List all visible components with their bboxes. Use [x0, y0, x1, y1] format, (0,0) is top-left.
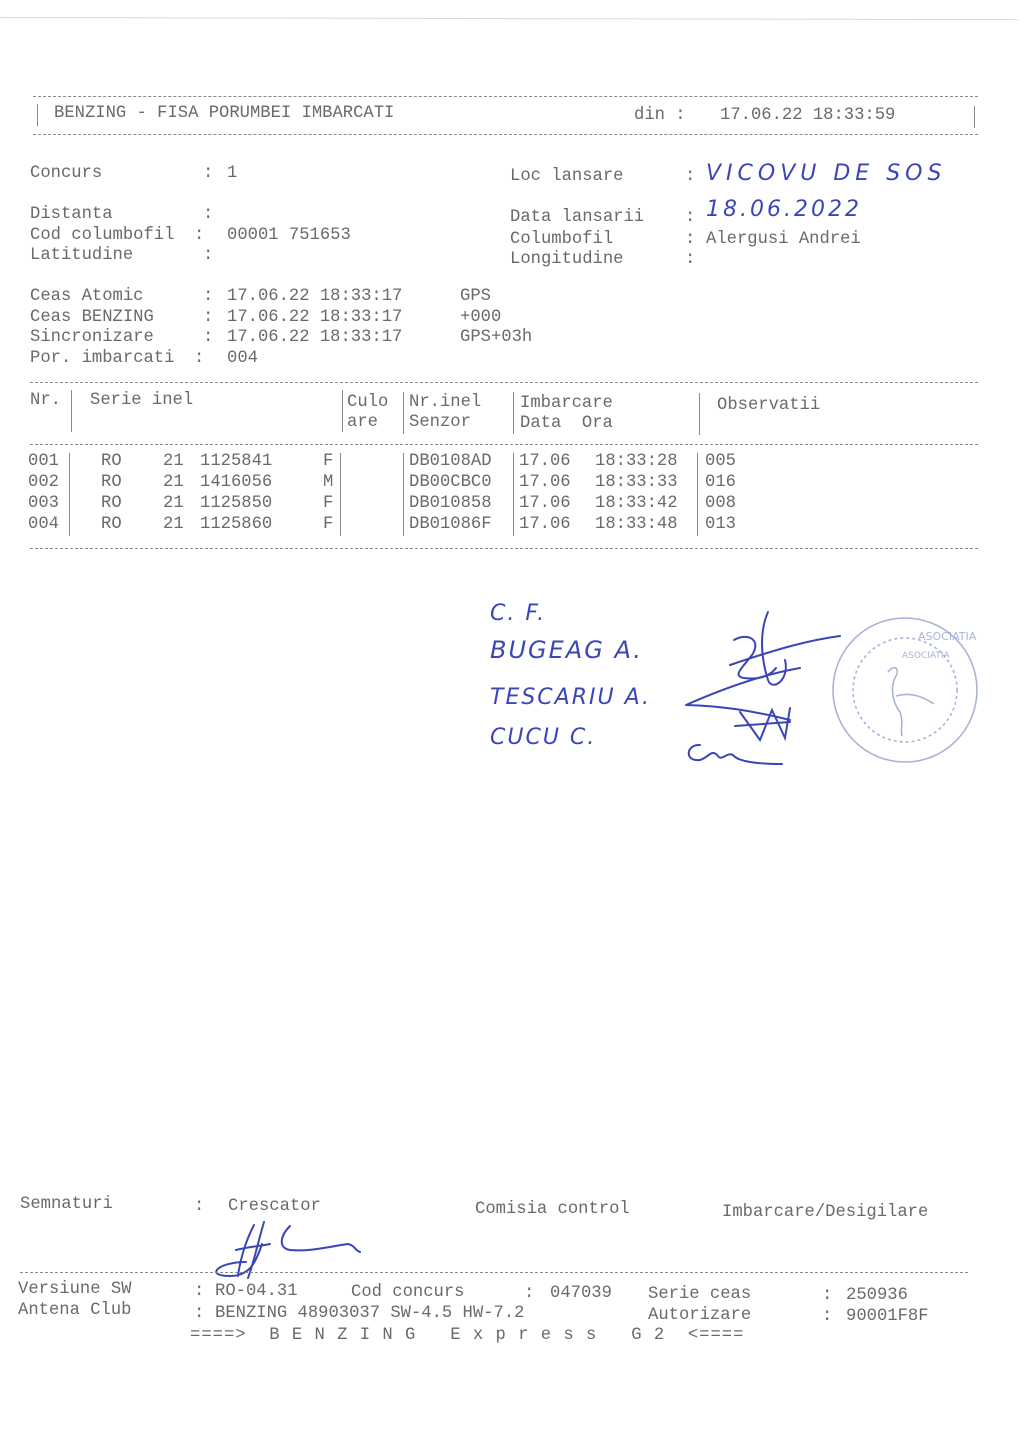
versiune-colon: : — [194, 1282, 204, 1303]
antena-value: BENZING 48903037 SW-4.5 HW-7.2 — [215, 1304, 524, 1325]
cod-concurs-label: Cod concurs — [351, 1283, 464, 1304]
antena-colon: : — [194, 1304, 204, 1325]
cod-concurs-value: 047039 — [550, 1284, 612, 1305]
footer-divider — [20, 1272, 968, 1273]
versiune-value: RO-04.31 — [215, 1282, 298, 1303]
autorizare-value: 90001F8F — [846, 1307, 929, 1328]
serie-ceas-colon: : — [822, 1286, 832, 1307]
benzing-express-banner: ====> B E N Z I N G E x p r e s s G 2 <=… — [190, 1326, 744, 1347]
cod-concurs-colon: : — [524, 1284, 534, 1305]
autorizare-label: Autorizare — [648, 1306, 751, 1327]
crescator-signature — [0, 0, 1024, 1448]
serie-ceas-value: 250936 — [846, 1286, 908, 1307]
antena-label: Antena Club — [18, 1301, 131, 1322]
serie-ceas-label: Serie ceas — [648, 1285, 751, 1306]
versiune-label: Versiune SW — [18, 1280, 131, 1301]
autorizare-colon: : — [822, 1307, 832, 1328]
